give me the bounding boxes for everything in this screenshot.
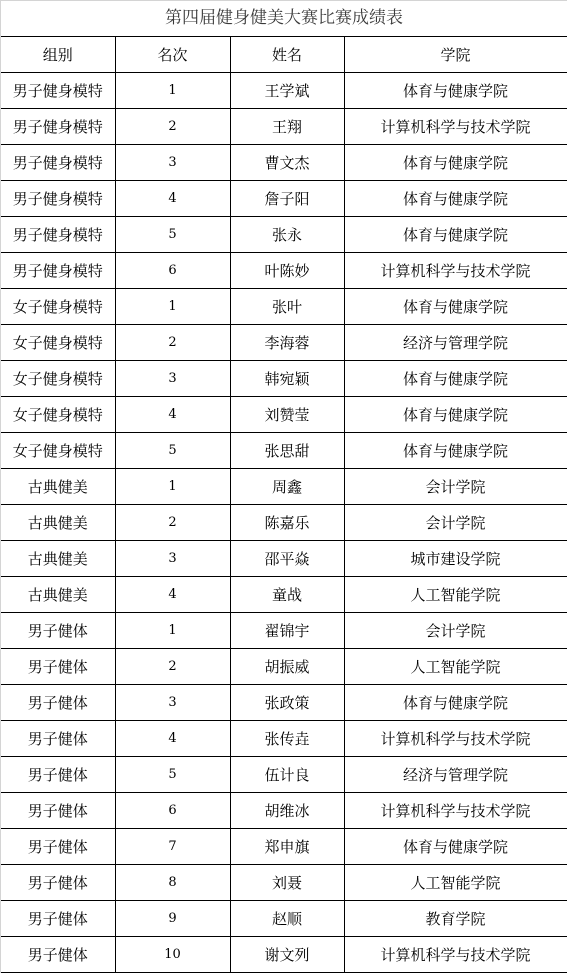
cell-college: 经济与管理学院 xyxy=(344,325,567,361)
cell-group: 男子健体 xyxy=(1,649,115,685)
table-row: 女子健身模特1张叶体育与健康学院 xyxy=(1,289,567,325)
cell-college: 体育与健康学院 xyxy=(344,685,567,721)
cell-name: 周鑫 xyxy=(230,469,344,505)
results-table: 组别 名次 姓名 学院 男子健身模特1王学斌体育与健康学院男子健身模特2王翔计算… xyxy=(1,37,567,973)
header-rank: 名次 xyxy=(115,37,230,73)
cell-group: 男子健体 xyxy=(1,901,115,937)
cell-name: 胡维冰 xyxy=(230,793,344,829)
cell-rank: 1 xyxy=(115,289,230,325)
cell-college: 经济与管理学院 xyxy=(344,757,567,793)
cell-name: 刘聂 xyxy=(230,865,344,901)
table-row: 男子健体10谢文列计算机科学与技术学院 xyxy=(1,937,567,973)
table-row: 男子健身模特2王翔计算机科学与技术学院 xyxy=(1,109,567,145)
cell-name: 张永 xyxy=(230,217,344,253)
table-row: 女子健身模特4刘赞莹体育与健康学院 xyxy=(1,397,567,433)
cell-college: 计算机科学与技术学院 xyxy=(344,109,567,145)
cell-name: 詹子阳 xyxy=(230,181,344,217)
table-row: 男子健体9赵顺教育学院 xyxy=(1,901,567,937)
cell-group: 古典健美 xyxy=(1,505,115,541)
cell-rank: 8 xyxy=(115,865,230,901)
cell-rank: 5 xyxy=(115,757,230,793)
cell-rank: 7 xyxy=(115,829,230,865)
header-group: 组别 xyxy=(1,37,115,73)
cell-group: 男子健身模特 xyxy=(1,253,115,289)
cell-college: 体育与健康学院 xyxy=(344,397,567,433)
cell-rank: 2 xyxy=(115,325,230,361)
table-row: 男子健体3张政策体育与健康学院 xyxy=(1,685,567,721)
cell-college: 体育与健康学院 xyxy=(344,829,567,865)
cell-group: 男子健体 xyxy=(1,829,115,865)
cell-group: 男子健身模特 xyxy=(1,181,115,217)
table-row: 男子健身模特5张永体育与健康学院 xyxy=(1,217,567,253)
header-college: 学院 xyxy=(344,37,567,73)
cell-college: 体育与健康学院 xyxy=(344,181,567,217)
cell-rank: 3 xyxy=(115,685,230,721)
cell-rank: 2 xyxy=(115,109,230,145)
table-row: 古典健美3邵平焱城市建设学院 xyxy=(1,541,567,577)
cell-name: 翟锦宇 xyxy=(230,613,344,649)
cell-group: 女子健身模特 xyxy=(1,433,115,469)
table-row: 女子健身模特5张思甜体育与健康学院 xyxy=(1,433,567,469)
cell-name: 张思甜 xyxy=(230,433,344,469)
cell-name: 胡振威 xyxy=(230,649,344,685)
cell-rank: 3 xyxy=(115,361,230,397)
cell-college: 体育与健康学院 xyxy=(344,289,567,325)
cell-college: 教育学院 xyxy=(344,901,567,937)
table-row: 男子健体7郑申旗体育与健康学院 xyxy=(1,829,567,865)
cell-rank: 4 xyxy=(115,397,230,433)
cell-college: 体育与健康学院 xyxy=(344,361,567,397)
cell-group: 男子健身模特 xyxy=(1,217,115,253)
cell-college: 会计学院 xyxy=(344,469,567,505)
cell-college: 体育与健康学院 xyxy=(344,433,567,469)
cell-rank: 3 xyxy=(115,145,230,181)
cell-group: 女子健身模特 xyxy=(1,397,115,433)
cell-name: 邵平焱 xyxy=(230,541,344,577)
cell-college: 会计学院 xyxy=(344,613,567,649)
cell-rank: 10 xyxy=(115,937,230,973)
cell-college: 体育与健康学院 xyxy=(344,217,567,253)
cell-college: 人工智能学院 xyxy=(344,649,567,685)
cell-name: 童战 xyxy=(230,577,344,613)
cell-name: 赵顺 xyxy=(230,901,344,937)
cell-college: 体育与健康学院 xyxy=(344,73,567,109)
cell-group: 古典健美 xyxy=(1,577,115,613)
cell-rank: 5 xyxy=(115,217,230,253)
table-row: 男子健身模特4詹子阳体育与健康学院 xyxy=(1,181,567,217)
cell-rank: 4 xyxy=(115,577,230,613)
cell-college: 体育与健康学院 xyxy=(344,145,567,181)
table-row: 男子健体2胡振威人工智能学院 xyxy=(1,649,567,685)
cell-group: 古典健美 xyxy=(1,541,115,577)
cell-rank: 9 xyxy=(115,901,230,937)
cell-rank: 5 xyxy=(115,433,230,469)
table-row: 男子健体6胡维冰计算机科学与技术学院 xyxy=(1,793,567,829)
cell-college: 城市建设学院 xyxy=(344,541,567,577)
results-body: 男子健身模特1王学斌体育与健康学院男子健身模特2王翔计算机科学与技术学院男子健身… xyxy=(1,73,567,973)
table-row: 古典健美1周鑫会计学院 xyxy=(1,469,567,505)
cell-rank: 2 xyxy=(115,649,230,685)
cell-rank: 6 xyxy=(115,793,230,829)
cell-group: 男子健体 xyxy=(1,757,115,793)
cell-name: 李海蓉 xyxy=(230,325,344,361)
cell-college: 计算机科学与技术学院 xyxy=(344,253,567,289)
cell-rank: 4 xyxy=(115,721,230,757)
table-row: 女子健身模特2李海蓉经济与管理学院 xyxy=(1,325,567,361)
cell-group: 古典健美 xyxy=(1,469,115,505)
cell-name: 张政策 xyxy=(230,685,344,721)
table-row: 男子健体8刘聂人工智能学院 xyxy=(1,865,567,901)
cell-group: 男子健体 xyxy=(1,793,115,829)
cell-group: 女子健身模特 xyxy=(1,325,115,361)
cell-rank: 6 xyxy=(115,253,230,289)
cell-name: 张叶 xyxy=(230,289,344,325)
cell-group: 男子健体 xyxy=(1,685,115,721)
cell-college: 计算机科学与技术学院 xyxy=(344,793,567,829)
cell-group: 男子健体 xyxy=(1,937,115,973)
cell-college: 会计学院 xyxy=(344,505,567,541)
cell-rank: 3 xyxy=(115,541,230,577)
cell-name: 王翔 xyxy=(230,109,344,145)
table-row: 古典健美2陈嘉乐会计学院 xyxy=(1,505,567,541)
table-row: 男子健体5伍计良经济与管理学院 xyxy=(1,757,567,793)
table-row: 男子健体4张传垚计算机科学与技术学院 xyxy=(1,721,567,757)
cell-name: 郑申旗 xyxy=(230,829,344,865)
cell-group: 男子健身模特 xyxy=(1,145,115,181)
cell-rank: 1 xyxy=(115,469,230,505)
table-row: 女子健身模特3韩宛颖体育与健康学院 xyxy=(1,361,567,397)
cell-rank: 2 xyxy=(115,505,230,541)
cell-rank: 1 xyxy=(115,613,230,649)
cell-group: 男子健体 xyxy=(1,721,115,757)
header-row: 组别 名次 姓名 学院 xyxy=(1,37,567,73)
cell-group: 男子健体 xyxy=(1,865,115,901)
cell-college: 计算机科学与技术学院 xyxy=(344,937,567,973)
cell-name: 韩宛颖 xyxy=(230,361,344,397)
cell-college: 计算机科学与技术学院 xyxy=(344,721,567,757)
cell-rank: 4 xyxy=(115,181,230,217)
cell-college: 人工智能学院 xyxy=(344,865,567,901)
table-row: 古典健美4童战人工智能学院 xyxy=(1,577,567,613)
table-row: 男子健身模特1王学斌体育与健康学院 xyxy=(1,73,567,109)
sheet-title: 第四届健身健美大赛比赛成绩表 xyxy=(1,1,567,37)
header-name: 姓名 xyxy=(230,37,344,73)
cell-name: 张传垚 xyxy=(230,721,344,757)
cell-name: 谢文列 xyxy=(230,937,344,973)
cell-group: 男子健身模特 xyxy=(1,109,115,145)
cell-college: 人工智能学院 xyxy=(344,577,567,613)
cell-group: 女子健身模特 xyxy=(1,361,115,397)
results-sheet: 第四届健身健美大赛比赛成绩表 组别 名次 姓名 学院 男子健身模特1王学斌体育与… xyxy=(0,0,567,973)
cell-group: 男子健身模特 xyxy=(1,73,115,109)
cell-rank: 1 xyxy=(115,73,230,109)
table-row: 男子健身模特3曹文杰体育与健康学院 xyxy=(1,145,567,181)
cell-name: 伍计良 xyxy=(230,757,344,793)
cell-name: 王学斌 xyxy=(230,73,344,109)
cell-group: 男子健体 xyxy=(1,613,115,649)
cell-group: 女子健身模特 xyxy=(1,289,115,325)
cell-name: 曹文杰 xyxy=(230,145,344,181)
cell-name: 叶陈妙 xyxy=(230,253,344,289)
table-row: 男子健身模特6叶陈妙计算机科学与技术学院 xyxy=(1,253,567,289)
table-row: 男子健体1翟锦宇会计学院 xyxy=(1,613,567,649)
cell-name: 刘赞莹 xyxy=(230,397,344,433)
cell-name: 陈嘉乐 xyxy=(230,505,344,541)
